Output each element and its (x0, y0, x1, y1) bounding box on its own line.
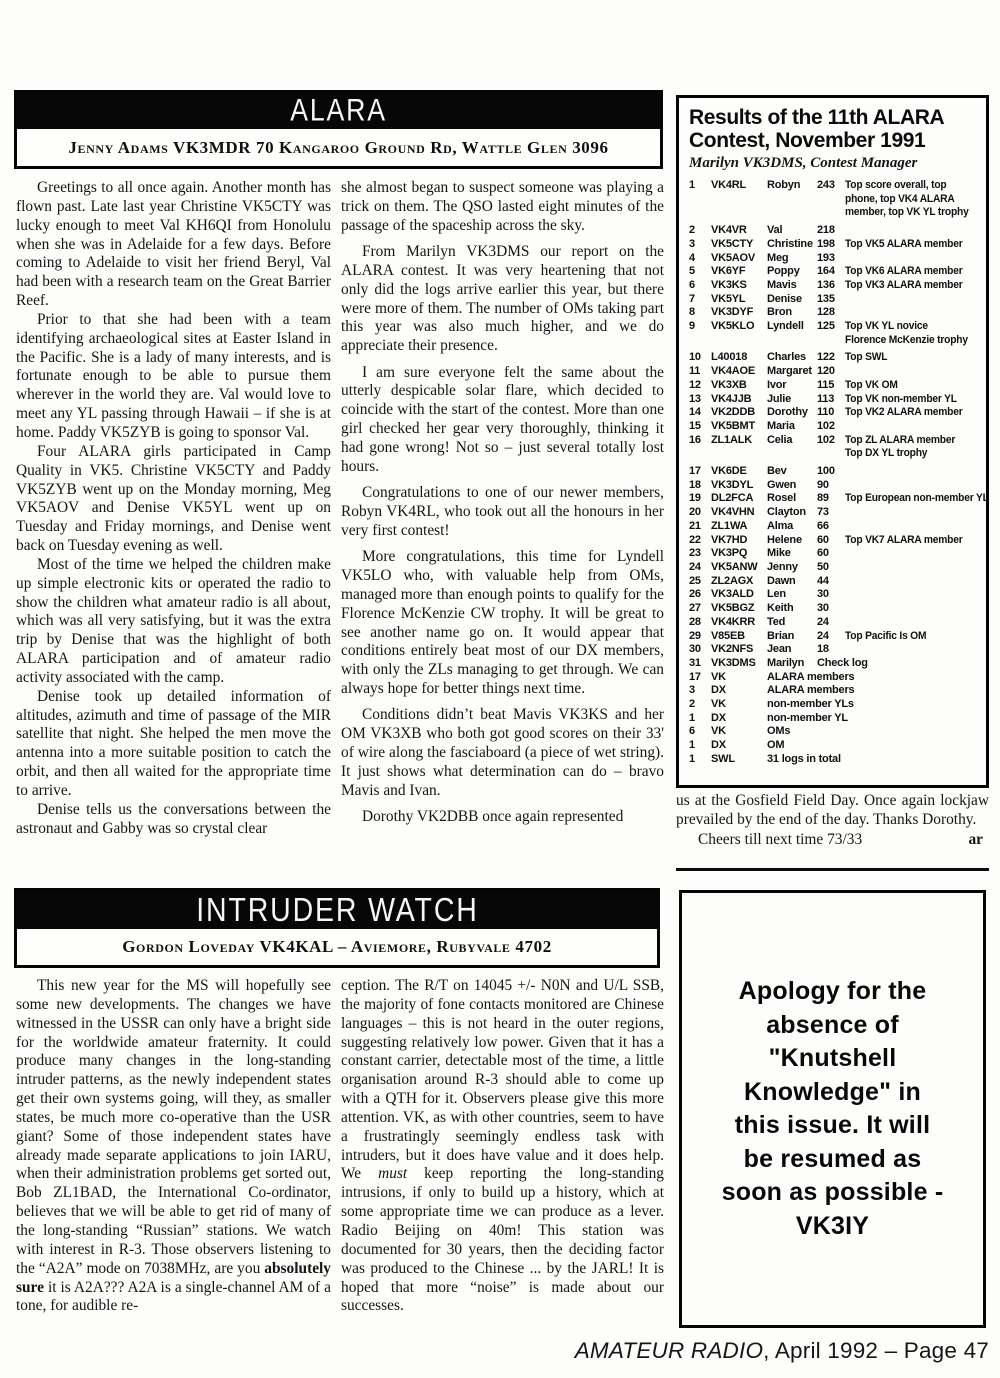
results-row: 24 VK5ANW Jenny 50 (689, 561, 976, 575)
summary-category: VK (711, 671, 767, 685)
result-score: 24 (817, 630, 845, 644)
result-award (845, 420, 967, 434)
intruder-title-bar: INTRUDER WATCH (17, 891, 657, 929)
paragraph: Denise tells us the conversations betwee… (16, 801, 331, 839)
footer-magazine: AMATEUR RADIO (575, 1338, 763, 1363)
summary-desc: 31 logs in total (767, 753, 976, 767)
result-name: Celia (767, 434, 817, 461)
result-callsign: VK6DE (711, 465, 767, 479)
result-score: 115 (817, 379, 845, 393)
alara-title-bar: ALARA (17, 93, 660, 129)
result-score: 164 (817, 265, 845, 279)
result-callsign: VK5ANW (711, 561, 767, 575)
results-box: Results of the 11th ALARA Contest, Novem… (676, 95, 989, 788)
results-row: 10 L40018 Charles 122 Top SWL (689, 351, 976, 365)
results-title: Results of the 11th ALARA Contest, Novem… (689, 106, 976, 152)
results-row: 13 VK4JJB Julie 113 Top VK non-member YL (689, 393, 976, 407)
result-award: Top VK5 ALARA member (845, 238, 967, 252)
result-callsign: VK2NFS (711, 643, 767, 657)
result-award (845, 293, 967, 307)
result-name: Gwen (767, 479, 817, 493)
result-score: Check log (817, 657, 845, 671)
intruder-column-2: ception. The R/T on 14045 +/- N0N and U/… (341, 977, 664, 1316)
results-manager: Marilyn VK3DMS, Contest Manager (689, 155, 976, 172)
paragraph: Prior to that she had been with a team i… (16, 311, 331, 443)
results-row: 23 VK3PQ Mike 60 (689, 547, 976, 561)
result-award (845, 252, 967, 266)
summary-row: 3 DX ALARA members (689, 684, 976, 698)
result-callsign: VK4AOE (711, 365, 767, 379)
footer-issue: , April 1992 – Page 47 (763, 1338, 989, 1363)
result-score: 110 (817, 406, 845, 420)
intruder-byline: Gordon Loveday VK4KAL – Aviemore, Rubyva… (17, 929, 657, 965)
result-name: Robyn (767, 179, 817, 220)
summary-count: 2 (689, 698, 711, 712)
result-callsign: VK5BGZ (711, 602, 767, 616)
signoff-text: Cheers till next time 73/33 (676, 831, 862, 850)
result-award (845, 643, 967, 657)
result-callsign: DL2FCA (711, 492, 767, 506)
results-table: 1 VK4RL Robyn 243 Top score overall, top… (689, 179, 976, 671)
result-rank: 7 (689, 293, 711, 307)
result-award (845, 588, 967, 602)
result-name: Julie (767, 393, 817, 407)
result-callsign: VK5KLO (711, 320, 767, 347)
result-name: Val (767, 224, 817, 238)
result-award: Top European non-member YL (845, 492, 989, 506)
result-rank: 11 (689, 365, 711, 379)
results-row: 8 VK3DYF Bron 128 (689, 306, 976, 320)
result-name: Jean (767, 643, 817, 657)
result-score: 100 (817, 465, 845, 479)
summary-desc: non-member YLs (767, 698, 976, 712)
result-score: 198 (817, 238, 845, 252)
result-name: Maria (767, 420, 817, 434)
paragraph: she almost began to suspect someone was … (341, 179, 664, 236)
result-score: 18 (817, 643, 845, 657)
result-award: Top VK2 ALARA member (845, 406, 967, 420)
result-award: Top Pacific Is OM (845, 630, 967, 644)
result-rank: 25 (689, 575, 711, 589)
result-callsign: VK2DDB (711, 406, 767, 420)
result-award (845, 602, 967, 616)
intruder-title: INTRUDER WATCH (196, 891, 478, 930)
result-callsign: VK6YF (711, 265, 767, 279)
alara-byline: Jenny Adams VK3MDR 70 Kangaroo Ground Rd… (17, 129, 660, 166)
result-rank: 1 (689, 179, 711, 220)
result-score: 30 (817, 588, 845, 602)
text-segment: This new year for the MS will hopefully … (16, 977, 331, 1277)
summary-category: DX (711, 712, 767, 726)
result-rank: 8 (689, 306, 711, 320)
gosfield-paragraph: us at the Gosfield Field Day. Once again… (676, 792, 989, 830)
apology-box: Apology for the absence of "Knutshell Kn… (679, 890, 986, 1328)
results-row: 9 VK5KLO Lyndell 125 Top VK YL novice Fl… (689, 320, 976, 347)
result-rank: 17 (689, 465, 711, 479)
summary-category: VK (711, 698, 767, 712)
results-row: 7 VK5YL Denise 135 (689, 293, 976, 307)
results-row: 4 VK5AOV Meg 193 (689, 252, 976, 266)
results-row: 27 VK5BGZ Keith 30 (689, 602, 976, 616)
result-rank: 6 (689, 279, 711, 293)
result-rank: 21 (689, 520, 711, 534)
result-score: 113 (817, 393, 845, 407)
result-award (845, 520, 967, 534)
result-rank: 23 (689, 547, 711, 561)
signoff-mark: ar (968, 831, 989, 850)
paragraph: Dorothy VK2DBB once again represented (341, 808, 664, 827)
results-row: 15 VK5BMT Maria 102 (689, 420, 976, 434)
result-score: 73 (817, 506, 845, 520)
result-callsign: L40018 (711, 351, 767, 365)
result-callsign: V85EB (711, 630, 767, 644)
result-name: Brian (767, 630, 817, 644)
result-callsign: ZL1WA (711, 520, 767, 534)
result-callsign: VK4KRR (711, 616, 767, 630)
intruder-header: INTRUDER WATCH Gordon Loveday VK4KAL – A… (14, 888, 660, 968)
result-name: Helene (767, 534, 817, 548)
summary-category: SWL (711, 753, 767, 767)
result-rank: 18 (689, 479, 711, 493)
result-rank: 3 (689, 238, 711, 252)
result-award: Top VK non-member YL (845, 393, 967, 407)
results-row: 31 VK3DMS Marilyn Check log (689, 657, 976, 671)
results-row: 21 ZL1WA Alma 66 (689, 520, 976, 534)
summary-desc: ALARA members (767, 671, 976, 685)
result-award (845, 479, 967, 493)
result-name: Rosel (767, 492, 817, 506)
result-name: Meg (767, 252, 817, 266)
result-rank: 20 (689, 506, 711, 520)
results-row: 3 VK5CTY Christine 198 Top VK5 ALARA mem… (689, 238, 976, 252)
result-score: 24 (817, 616, 845, 630)
results-row: 19 DL2FCA Rosel 89 Top European non-memb… (689, 492, 976, 506)
text-segment: keep reporting the long-standing intrusi… (341, 1165, 664, 1314)
results-row: 18 VK3DYL Gwen 90 (689, 479, 976, 493)
paragraph: Denise took up detailed information of a… (16, 688, 331, 801)
summary-count: 17 (689, 671, 711, 685)
results-row: 12 VK3XB Ivor 115 Top VK OM (689, 379, 976, 393)
result-score: 243 (817, 179, 845, 220)
result-callsign: VK3XB (711, 379, 767, 393)
result-name: Denise (767, 293, 817, 307)
result-rank: 9 (689, 320, 711, 347)
result-rank: 5 (689, 265, 711, 279)
result-name: Lyndell (767, 320, 817, 347)
result-name: Keith (767, 602, 817, 616)
result-callsign: VK5CTY (711, 238, 767, 252)
summary-row: 1 DX non-member YL (689, 712, 976, 726)
intruder-column-1: This new year for the MS will hopefully … (16, 977, 331, 1316)
paragraph: This new year for the MS will hopefully … (16, 977, 331, 1316)
results-row: 5 VK6YF Poppy 164 Top VK6 ALARA member (689, 265, 976, 279)
result-award (845, 561, 967, 575)
result-score: 193 (817, 252, 845, 266)
paragraph: I am sure everyone felt the same about t… (341, 364, 664, 477)
result-rank: 12 (689, 379, 711, 393)
summary-row: 2 VK non-member YLs (689, 698, 976, 712)
apology-text: Apology for the absence of "Knutshell Kn… (722, 975, 944, 1243)
result-score: 102 (817, 434, 845, 461)
result-rank: 22 (689, 534, 711, 548)
text-segment: ception. The R/T on 14045 +/- N0N and U/… (341, 977, 664, 1182)
results-row: 6 VK3KS Mavis 136 Top VK3 ALARA member (689, 279, 976, 293)
result-score: 102 (817, 420, 845, 434)
result-callsign: VK5YL (711, 293, 767, 307)
result-rank: 13 (689, 393, 711, 407)
text-segment: must (378, 1165, 407, 1182)
result-award: Top VK YL novice Florence McKenzie troph… (845, 320, 968, 347)
result-award (845, 506, 967, 520)
result-score: 60 (817, 534, 845, 548)
page-footer: AMATEUR RADIO, April 1992 – Page 47 (400, 1338, 989, 1364)
result-award: Top score overall, top phone, top VK4 AL… (845, 179, 969, 220)
result-rank: 2 (689, 224, 711, 238)
results-row: 20 VK4VHN Clayton 73 (689, 506, 976, 520)
result-rank: 30 (689, 643, 711, 657)
result-award: Top VK7 ALARA member (845, 534, 967, 548)
alara-header: ALARA Jenny Adams VK3MDR 70 Kangaroo Gro… (14, 90, 663, 169)
result-name: Mavis (767, 279, 817, 293)
paragraph: ception. The R/T on 14045 +/- N0N and U/… (341, 977, 664, 1316)
results-row: 25 ZL2AGX Dawn 44 (689, 575, 976, 589)
summary-desc: non-member YL (767, 712, 976, 726)
result-rank: 4 (689, 252, 711, 266)
result-callsign: VK4RL (711, 179, 767, 220)
result-name: Jenny (767, 561, 817, 575)
result-award: Top VK OM (845, 379, 967, 393)
result-rank: 26 (689, 588, 711, 602)
result-callsign: VK3DYL (711, 479, 767, 493)
result-callsign: VK3PQ (711, 547, 767, 561)
result-score: 44 (817, 575, 845, 589)
result-callsign: VK5BMT (711, 420, 767, 434)
result-award: Top VK6 ALARA member (845, 265, 967, 279)
alara-column-2: she almost began to suspect someone was … (341, 179, 664, 835)
result-callsign: VK3DMS (711, 657, 767, 671)
result-callsign: ZL1ALK (711, 434, 767, 461)
result-award (845, 657, 967, 671)
paragraph: Most of the time we helped the children … (16, 556, 331, 688)
paragraph: From Marilyn VK3DMS our report on the AL… (341, 243, 664, 356)
summary-count: 6 (689, 725, 711, 739)
results-row: 17 VK6DE Bev 100 (689, 465, 976, 479)
result-name: Ted (767, 616, 817, 630)
result-rank: 31 (689, 657, 711, 671)
result-name: Poppy (767, 265, 817, 279)
result-callsign: VK3KS (711, 279, 767, 293)
result-name: Dawn (767, 575, 817, 589)
result-rank: 29 (689, 630, 711, 644)
result-name: Bron (767, 306, 817, 320)
result-name: Christine (767, 238, 817, 252)
paragraph: Greetings to all once again. Another mon… (16, 179, 331, 311)
result-score: 128 (817, 306, 845, 320)
summary-row: 6 VK OMs (689, 725, 976, 739)
paragraph: Four ALARA girls participated in Camp Qu… (16, 443, 331, 556)
paragraph: More congratulations, this time for Lynd… (341, 548, 664, 699)
result-score: 66 (817, 520, 845, 534)
result-award: Top ZL ALARA member Top DX YL trophy (845, 434, 967, 461)
magazine-page: ALARA Jenny Adams VK3MDR 70 Kangaroo Gro… (0, 0, 1000, 1378)
result-rank: 24 (689, 561, 711, 575)
alara-column-1: Greetings to all once again. Another mon… (16, 179, 331, 839)
result-name: Dorothy (767, 406, 817, 420)
summary-row: 1 DX OM (689, 739, 976, 753)
result-rank: 10 (689, 351, 711, 365)
result-score: 136 (817, 279, 845, 293)
result-callsign: VK4VR (711, 224, 767, 238)
result-award (845, 224, 967, 238)
end-of-article-rule (676, 868, 989, 871)
summary-count: 1 (689, 753, 711, 767)
result-rank: 15 (689, 420, 711, 434)
results-row: 16 ZL1ALK Celia 102 Top ZL ALARA member … (689, 434, 976, 461)
result-score: 218 (817, 224, 845, 238)
results-tail: us at the Gosfield Field Day. Once again… (676, 792, 989, 850)
result-rank: 19 (689, 492, 711, 506)
result-callsign: VK3DYF (711, 306, 767, 320)
result-score: 135 (817, 293, 845, 307)
result-score: 89 (817, 492, 845, 506)
result-score: 120 (817, 365, 845, 379)
result-score: 125 (817, 320, 845, 347)
results-row: 11 VK4AOE Margaret 120 (689, 365, 976, 379)
result-callsign: VK4JJB (711, 393, 767, 407)
results-row: 26 VK3ALD Len 30 (689, 588, 976, 602)
result-award (845, 616, 967, 630)
result-score: 30 (817, 602, 845, 616)
summary-row: 17 VK ALARA members (689, 671, 976, 685)
result-name: Marilyn (767, 657, 817, 671)
result-callsign: VK5AOV (711, 252, 767, 266)
result-callsign: VK7HD (711, 534, 767, 548)
result-name: Mike (767, 547, 817, 561)
results-row: 30 VK2NFS Jean 18 (689, 643, 976, 657)
results-row: 22 VK7HD Helene 60 Top VK7 ALARA member (689, 534, 976, 548)
result-rank: 27 (689, 602, 711, 616)
result-name: Bev (767, 465, 817, 479)
results-row: 2 VK4VR Val 218 (689, 224, 976, 238)
summary-desc: OMs (767, 725, 976, 739)
paragraph: Congratulations to one of our newer memb… (341, 484, 664, 541)
signoff-line: Cheers till next time 73/33 ar (676, 831, 989, 850)
result-callsign: VK3ALD (711, 588, 767, 602)
result-award (845, 547, 967, 561)
alara-title: ALARA (290, 93, 387, 129)
results-row: 1 VK4RL Robyn 243 Top score overall, top… (689, 179, 976, 220)
results-summary: 17 VK ALARA members 3 DX ALARA members 2… (689, 671, 976, 767)
results-row: 29 V85EB Brian 24 Top Pacific Is OM (689, 630, 976, 644)
summary-count: 3 (689, 684, 711, 698)
result-award: Top VK3 ALARA member (845, 279, 967, 293)
paragraph: Conditions didn’t beat Mavis VK3KS and h… (341, 706, 664, 800)
result-award (845, 575, 967, 589)
result-award: Top SWL (845, 351, 967, 365)
result-name: Ivor (767, 379, 817, 393)
result-callsign: ZL2AGX (711, 575, 767, 589)
summary-row: 1 SWL 31 logs in total (689, 753, 976, 767)
result-name: Clayton (767, 506, 817, 520)
result-score: 50 (817, 561, 845, 575)
summary-desc: ALARA members (767, 684, 976, 698)
result-award (845, 465, 967, 479)
result-name: Len (767, 588, 817, 602)
result-score: 60 (817, 547, 845, 561)
summary-desc: OM (767, 739, 976, 753)
result-score: 90 (817, 479, 845, 493)
result-callsign: VK4VHN (711, 506, 767, 520)
result-name: Margaret (767, 365, 817, 379)
result-rank: 16 (689, 434, 711, 461)
result-score: 122 (817, 351, 845, 365)
summary-category: DX (711, 739, 767, 753)
summary-category: VK (711, 725, 767, 739)
text-segment: it is A2A??? A2A is a single-channel AM … (16, 1279, 331, 1315)
summary-count: 1 (689, 712, 711, 726)
result-rank: 28 (689, 616, 711, 630)
result-rank: 14 (689, 406, 711, 420)
summary-category: DX (711, 684, 767, 698)
result-name: Charles (767, 351, 817, 365)
summary-count: 1 (689, 739, 711, 753)
result-award (845, 365, 967, 379)
result-award (845, 306, 967, 320)
result-name: Alma (767, 520, 817, 534)
results-row: 14 VK2DDB Dorothy 110 Top VK2 ALARA memb… (689, 406, 976, 420)
results-row: 28 VK4KRR Ted 24 (689, 616, 976, 630)
